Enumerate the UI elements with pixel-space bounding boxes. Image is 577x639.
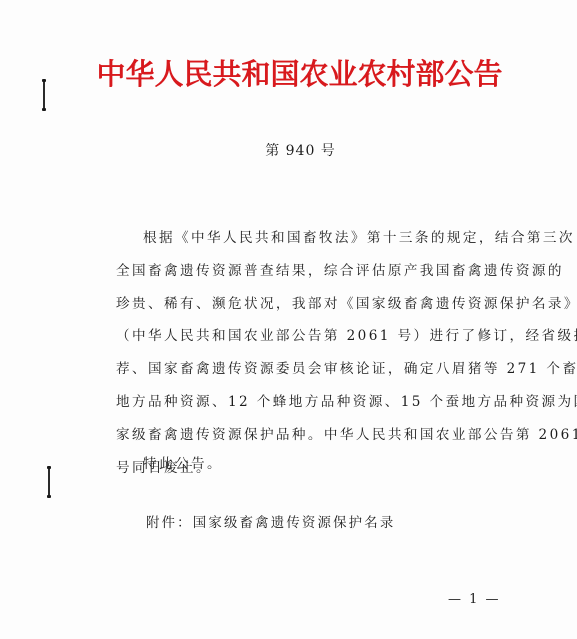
document-page: 中华人民共和国农业农村部公告 第 940 号 根据《中华人民共和国畜牧法》第十三… <box>0 0 577 639</box>
announcement-body: 根据《中华人民共和国畜牧法》第十三条的规定，结合第三次 全国畜禽遗传资源普查结果… <box>116 222 518 484</box>
closing-statement: 特此公告。 <box>143 452 223 472</box>
body-line: 荐、国家畜禽遗传资源委员会审核论证，确定八眉猪等 271 个畜禽 <box>116 353 518 386</box>
document-title: 中华人民共和国农业农村部公告 <box>0 52 577 93</box>
body-line: 珍贵、稀有、濒危状况，我部对《国家级畜禽遗传资源保护名录》 <box>116 288 518 321</box>
body-line: （中华人民共和国农业部公告第 2061 号）进行了修订，经省级推 <box>116 320 518 353</box>
attachment-reference: 附件：国家级畜禽遗传资源保护名录 <box>146 512 395 531</box>
page-number: — 1 — <box>448 592 501 607</box>
body-line: 地方品种资源、12 个蜂地方品种资源、15 个蚕地方品种资源为国 <box>116 386 518 419</box>
body-line: 全国畜禽遗传资源普查结果，综合评估原产我国畜禽遗传资源的 <box>116 255 518 288</box>
announcement-number: 第 940 号 <box>0 140 577 160</box>
binding-mark <box>48 467 50 497</box>
body-line: 根据《中华人民共和国畜牧法》第十三条的规定，结合第三次 <box>116 222 518 255</box>
body-line: 家级畜禽遗传资源保护品种。中华人民共和国农业部公告第 2061 <box>116 419 518 452</box>
